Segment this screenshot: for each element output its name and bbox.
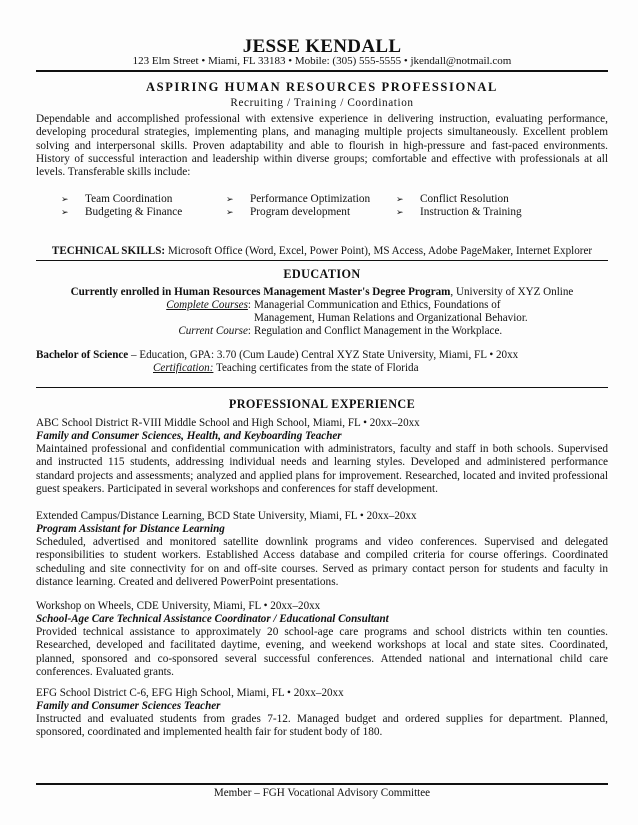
masters-line: Currently enrolled in Human Resources Ma…: [36, 286, 608, 299]
technical-skills-label: TECHNICAL SKILLS:: [52, 245, 165, 257]
arrow-bullet-icon: ➢: [226, 193, 250, 206]
experience-heading: PROFESSIONAL EXPERIENCE: [36, 397, 608, 412]
skill-item: ➢Instruction & Training: [396, 206, 596, 219]
masters-school: , University of XYZ Online: [450, 286, 573, 298]
complete-courses-value-cont: Management, Human Relations and Organiza…: [251, 312, 554, 325]
skill-item: ➢Budgeting & Finance: [61, 206, 226, 219]
education-divider: [36, 387, 608, 388]
education-heading: EDUCATION: [36, 267, 608, 282]
objective-subtitle: Recruiting / Training / Coordination: [36, 97, 608, 109]
arrow-bullet-icon: ➢: [61, 206, 85, 219]
complete-courses-value: Managerial Communication and Ethics, Fou…: [251, 299, 554, 312]
current-course-value: Regulation and Conflict Management in th…: [251, 325, 554, 338]
skills-list: ➢Team Coordination ➢Performance Optimiza…: [61, 193, 601, 220]
job-organization: EFG School District C-6, EFG High School…: [36, 687, 608, 700]
arrow-bullet-icon: ➢: [61, 193, 85, 206]
job-organization: ABC School District R-VIII Middle School…: [36, 417, 608, 430]
skill-item: ➢Conflict Resolution: [396, 193, 596, 206]
masters-degree: Currently enrolled in Human Resources Ma…: [71, 286, 451, 298]
contact-line: 123 Elm Street • Miami, FL 33183 • Mobil…: [36, 55, 608, 67]
bachelor-details: – Education, GPA: 3.70 (Cum Laude) Centr…: [128, 349, 518, 361]
bachelor-line: Bachelor of Science – Education, GPA: 3.…: [36, 349, 608, 362]
job-title: Program Assistant for Distance Learning: [36, 523, 608, 536]
summary-paragraph: Dependable and accomplished professional…: [36, 113, 608, 179]
job-description: Provided technical assistance to approxi…: [36, 626, 608, 679]
complete-courses-label: Complete Courses: [166, 299, 248, 311]
job-description: Instructed and evaluated students from g…: [36, 713, 608, 740]
membership-line: Member – FGH Vocational Advisory Committ…: [36, 787, 608, 799]
objective-title: ASPIRING HUMAN RESOURCES PROFESSIONAL: [36, 80, 608, 95]
skill-item: ➢Performance Optimization: [226, 193, 396, 206]
job-title: School-Age Care Technical Assistance Coo…: [36, 613, 608, 626]
job-description: Scheduled, advertised and monitored sate…: [36, 536, 608, 589]
arrow-bullet-icon: ➢: [396, 206, 420, 219]
job-title: Family and Consumer Sciences, Health, an…: [36, 430, 608, 443]
arrow-bullet-icon: ➢: [396, 193, 420, 206]
certification-label: Certification:: [153, 362, 213, 374]
job-organization: Workshop on Wheels, CDE University, Miam…: [36, 600, 608, 613]
certification-line: Certification: Teaching certificates fro…: [36, 362, 638, 375]
header-divider: [36, 70, 608, 72]
current-course-label: Current Course: [178, 325, 248, 337]
job-description: Maintained professional and confidential…: [36, 443, 608, 496]
technical-skills: TECHNICAL SKILLS: Microsoft Office (Word…: [36, 245, 608, 257]
skill-item: ➢Program development: [226, 206, 396, 219]
footer-divider: [36, 783, 608, 785]
job-title: Family and Consumer Sciences Teacher: [36, 700, 608, 713]
bachelor-degree: Bachelor of Science: [36, 349, 128, 361]
technical-skills-value: Microsoft Office (Word, Excel, Power Poi…: [165, 245, 592, 257]
certification-value: Teaching certificates from the state of …: [213, 362, 418, 374]
courses-block: Complete Courses: Managerial Communicati…: [36, 299, 608, 339]
technical-divider: [36, 260, 608, 261]
arrow-bullet-icon: ➢: [226, 206, 250, 219]
skill-item: ➢Team Coordination: [61, 193, 226, 206]
job-organization: Extended Campus/Distance Learning, BCD S…: [36, 510, 608, 523]
